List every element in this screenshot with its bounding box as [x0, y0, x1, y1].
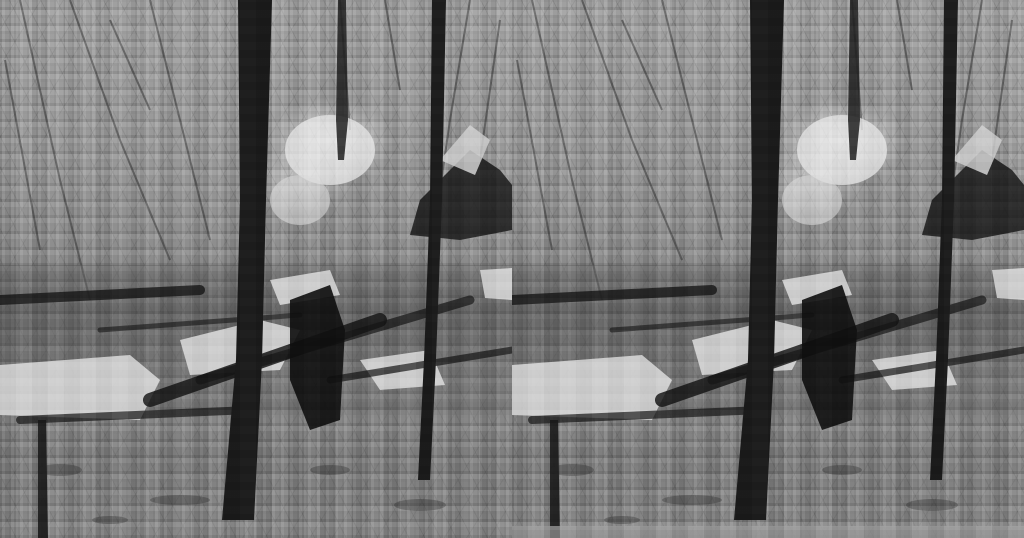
compression-blocks [512, 0, 1024, 538]
compression-blocks [0, 0, 512, 538]
forest-photograph [0, 0, 1024, 538]
photo-panel-left [0, 0, 512, 538]
photo-panel-right [512, 0, 1024, 538]
